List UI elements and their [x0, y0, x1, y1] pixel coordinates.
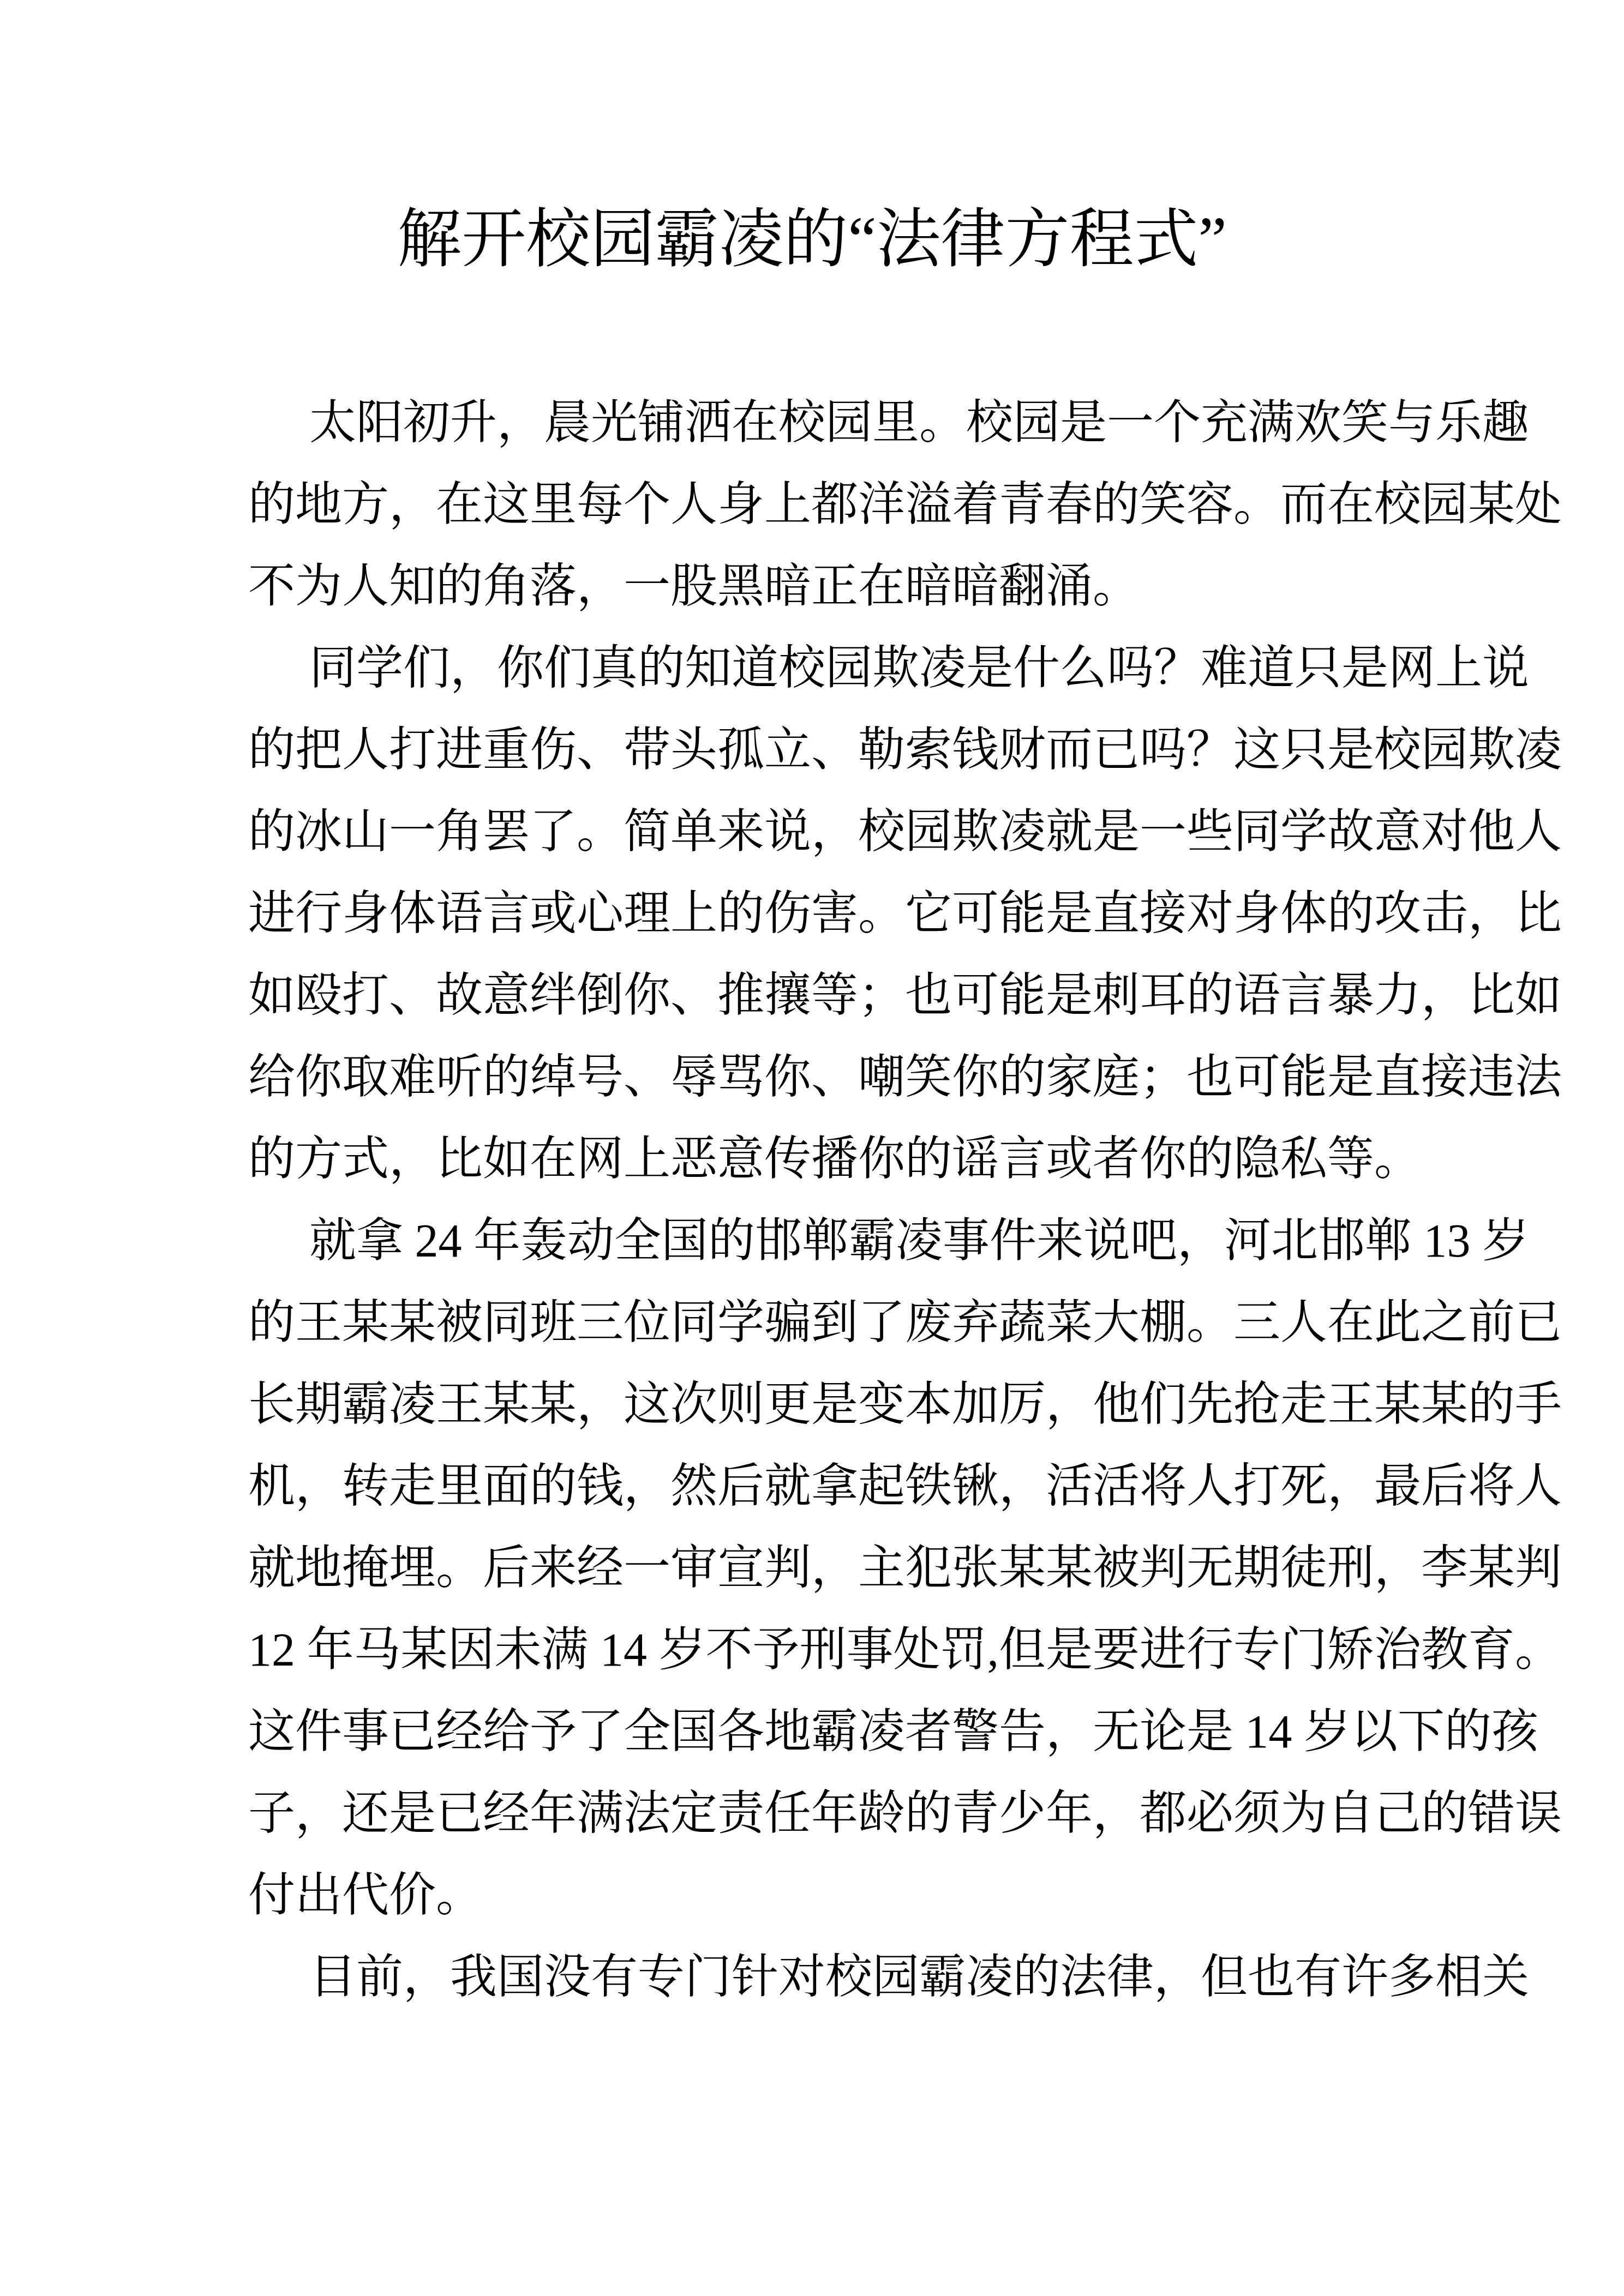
paragraph-line: 这件事已经给予了全国各地霸凌者警告，无论是 14 岁以下的孩 [248, 1691, 1388, 1772]
paragraph-line: 付出代价。 [248, 1854, 1388, 1936]
paragraph-line: 的把人打进重伤、带头孤立、勒索钱财而已吗？这只是校园欺凌 [248, 709, 1388, 791]
paragraph-line: 同学们，你们真的知道校园欺凌是什么吗？难道只是网上说 [248, 627, 1388, 709]
document-title: 解开校园霸凌的“法律方程式” [0, 202, 1624, 278]
paragraph-line: 如殴打、故意绊倒你、推攘等；也可能是刺耳的语言暴力，比如 [248, 954, 1388, 1036]
paragraph-line: 给你取难听的绰号、辱骂你、嘲笑你的家庭；也可能是直接违法 [248, 1036, 1388, 1118]
paragraph-1: 太阳初升，晨光铺洒在校园里。校园是一个充满欢笑与乐趣 的地方，在这里每个人身上都… [248, 382, 1388, 627]
paragraph-line: 12 年马某因未满 14 岁不予刑事处罚,但是要进行专门矫治教育。 [248, 1609, 1388, 1691]
paragraph-line: 机，转走里面的钱，然后就拿起铁锹，活活将人打死，最后将人 [248, 1445, 1388, 1527]
paragraph-line: 的地方，在这里每个人身上都洋溢着青春的笑容。而在校园某处 [248, 464, 1388, 545]
paragraph-line: 就拿 24 年轰动全国的邯郸霸凌事件来说吧，河北邯郸 13 岁 [248, 1200, 1388, 1282]
paragraph-line: 的冰山一角罢了。简单来说，校园欺凌就是一些同学故意对他人 [248, 791, 1388, 873]
paragraph-line: 目前，我国没有专门针对校园霸凌的法律，但也有许多相关 [248, 1936, 1388, 2018]
document-page: 解开校园霸凌的“法律方程式” 太阳初升，晨光铺洒在校园里。校园是一个充满欢笑与乐… [0, 0, 1624, 2296]
paragraph-line: 太阳初升，晨光铺洒在校园里。校园是一个充满欢笑与乐趣 [248, 382, 1388, 464]
paragraph-4: 目前，我国没有专门针对校园霸凌的法律，但也有许多相关 [248, 1936, 1388, 2018]
paragraph-line: 的王某某被同班三位同学骗到了废弃蔬菜大棚。三人在此之前已 [248, 1282, 1388, 1363]
paragraph-line: 子，还是已经年满法定责任年龄的青少年，都必须为自己的错误 [248, 1772, 1388, 1854]
paragraph-line: 不为人知的角落，一股黑暗正在暗暗翻涌。 [248, 545, 1388, 627]
paragraph-line: 就地掩埋。后来经一审宣判，主犯张某某被判无期徒刑，李某判 [248, 1527, 1388, 1609]
paragraph-3: 就拿 24 年轰动全国的邯郸霸凌事件来说吧，河北邯郸 13 岁 的王某某被同班三… [248, 1200, 1388, 1936]
paragraph-line: 的方式，比如在网上恶意传播你的谣言或者你的隐私等。 [248, 1118, 1388, 1200]
paragraph-2: 同学们，你们真的知道校园欺凌是什么吗？难道只是网上说 的把人打进重伤、带头孤立、… [248, 627, 1388, 1200]
paragraph-line: 进行身体语言或心理上的伤害。它可能是直接对身体的攻击，比 [248, 873, 1388, 954]
paragraph-line: 长期霸凌王某某，这次则更是变本加厉，他们先抢走王某某的手 [248, 1363, 1388, 1445]
document-body: 太阳初升，晨光铺洒在校园里。校园是一个充满欢笑与乐趣 的地方，在这里每个人身上都… [248, 382, 1388, 2018]
